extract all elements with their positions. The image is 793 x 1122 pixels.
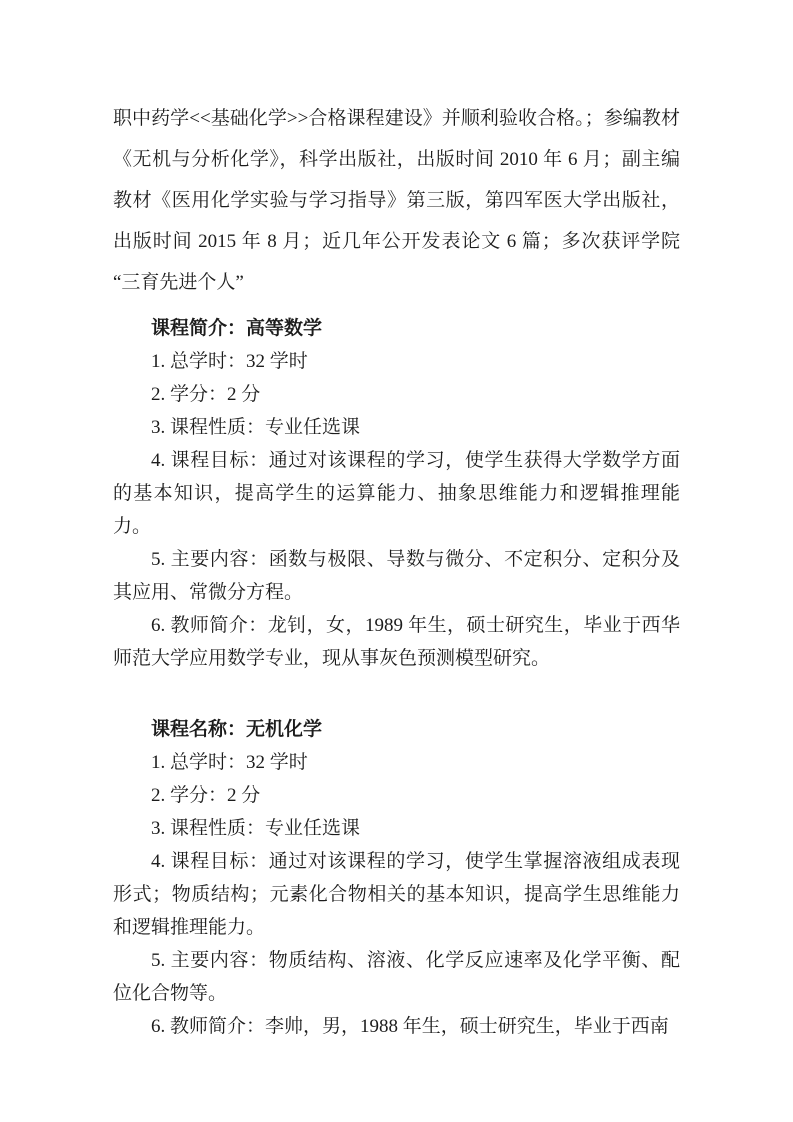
course-item-course-type: 3. 课程性质：专业任选课 xyxy=(113,411,680,444)
course-item-objectives: 4. 课程目标：通过对该课程的学习，使学生掌握溶液组成表现形式；物质结构；元素化… xyxy=(113,845,680,944)
course-item-course-type: 3. 课程性质：专业任选课 xyxy=(113,812,680,845)
course-section-inorganic-chemistry: 课程名称：无机化学 1. 总学时：32 学时 2. 学分：2 分 3. 课程性质… xyxy=(113,713,680,1043)
course-item-credits: 2. 学分：2 分 xyxy=(113,779,680,812)
course-section-advanced-math: 课程简介：高等数学 1. 总学时：32 学时 2. 学分：2 分 3. 课程性质… xyxy=(113,312,680,675)
course-item-main-content: 5. 主要内容：物质结构、溶液、化学反应速率及化学平衡、配位化合物等。 xyxy=(113,944,680,1010)
course-heading: 课程简介：高等数学 xyxy=(113,312,680,345)
course-item-main-content: 5. 主要内容：函数与极限、导数与微分、不定积分、定积分及其应用、常微分方程。 xyxy=(113,543,680,609)
course-item-teacher-bio: 6. 教师简介：李帅，男，1988 年生，硕士研究生，毕业于西南 xyxy=(113,1010,680,1043)
course-item-objectives: 4. 课程目标：通过对该课程的学习，使学生获得大学数学方面的基本知识，提高学生的… xyxy=(113,444,680,543)
course-item-credits: 2. 学分：2 分 xyxy=(113,378,680,411)
course-item-total-hours: 1. 总学时：32 学时 xyxy=(113,345,680,378)
course-item-total-hours: 1. 总学时：32 学时 xyxy=(113,746,680,779)
document-page: 职中药学<<基础化学>>合格课程建设》并顺利验收合格。；参编教材《无机与分析化学… xyxy=(0,0,793,1122)
course-item-teacher-bio: 6. 教师简介：龙钊，女，1989 年生，硕士研究生，毕业于西华师范大学应用数学… xyxy=(113,609,680,675)
intro-paragraph: 职中药学<<基础化学>>合格课程建设》并顺利验收合格。；参编教材《无机与分析化学… xyxy=(113,98,680,303)
course-heading: 课程名称：无机化学 xyxy=(113,713,680,746)
